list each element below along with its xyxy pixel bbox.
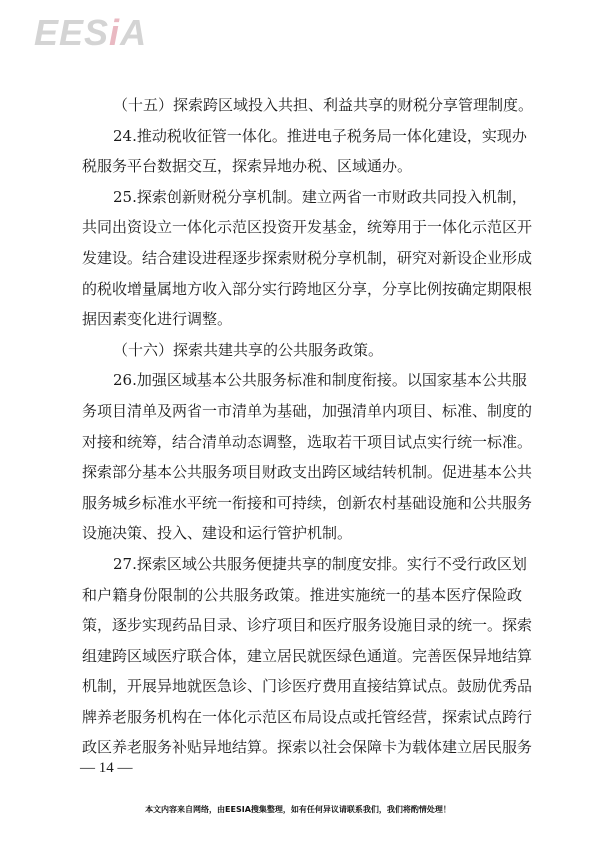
logo-text-end: A (120, 12, 147, 53)
text-line: 探索部分基本公共服务项目财政支出跨区域结转机制。促进基本公共 (82, 457, 522, 488)
text-line: 税服务平台数据交互，探索异地办税、区域通办。 (82, 151, 522, 182)
text-line: 机制，开展异地就医急诊、门诊医疗费用直接结算试点。鼓励优秀品 (82, 671, 522, 702)
logo-accent-letter: i (109, 12, 120, 53)
text-line: 设施决策、投入、建设和运行管护机制。 (82, 518, 522, 549)
text-line: （十五）探索跨区域投入共担、利益共享的财税分享管理制度。 (82, 90, 522, 121)
page-number: — 14 — (80, 760, 133, 777)
text-line: 服务城乡标准水平统一衔接和可持续，创新农村基础设施和公共服务 (82, 488, 522, 519)
text-line: 组建跨区域医疗联合体，建立居民就医绿色通道。完善医保异地结算 (82, 641, 522, 672)
document-body: （十五）探索跨区域投入共担、利益共享的财税分享管理制度。24.推动税收征管一体化… (82, 90, 522, 763)
footer-notice: 本文内容来自网络，由EESIA搜集整理，如有任何异议请联系我们，我们将酌情处理！ (0, 804, 596, 815)
text-line: （十六）探索共建共享的公共服务政策。 (82, 335, 522, 366)
text-line: 24.推动税收征管一体化。推进电子税务局一体化建设，实现办 (82, 121, 522, 152)
text-line: 发建设。结合建设进程逐步探索财税分享机制，研究对新设企业形成 (82, 243, 522, 274)
eesia-logo: EESiA (34, 12, 147, 54)
text-line: 牌养老服务机构在一体化示范区布局设点或托管经营，探索试点跨行 (82, 702, 522, 733)
text-line: 据因素变化进行调整。 (82, 304, 522, 335)
text-line: 务项目清单及两省一市清单为基础，加强清单内项目、标准、制度的 (82, 396, 522, 427)
text-line: 26.加强区域基本公共服务标准和制度衔接。以国家基本公共服 (82, 365, 522, 396)
text-line: 25.探索创新财税分享机制。建立两省一市财政共同投入机制， (82, 182, 522, 213)
logo-text: EES (34, 12, 109, 53)
text-line: 27.探索区域公共服务便捷共享的制度安排。实行不受行政区划 (82, 549, 522, 580)
text-line: 对接和统筹，结合清单动态调整，选取若干项目试点实行统一标准。 (82, 427, 522, 458)
text-line: 共同出资设立一体化示范区投资开发基金，统筹用于一体化示范区开 (82, 212, 522, 243)
text-line: 和户籍身份限制的公共服务政策。推进实施统一的基本医疗保险政 (82, 580, 522, 611)
text-line: 的税收增量属地方收入部分实行跨地区分享，分享比例按确定期限根 (82, 274, 522, 305)
text-line: 策，逐步实现药品目录、诊疗项目和医疗服务设施目录的统一。探索 (82, 610, 522, 641)
text-line: 政区养老服务补贴异地结算。探索以社会保障卡为载体建立居民服务 (82, 732, 522, 763)
